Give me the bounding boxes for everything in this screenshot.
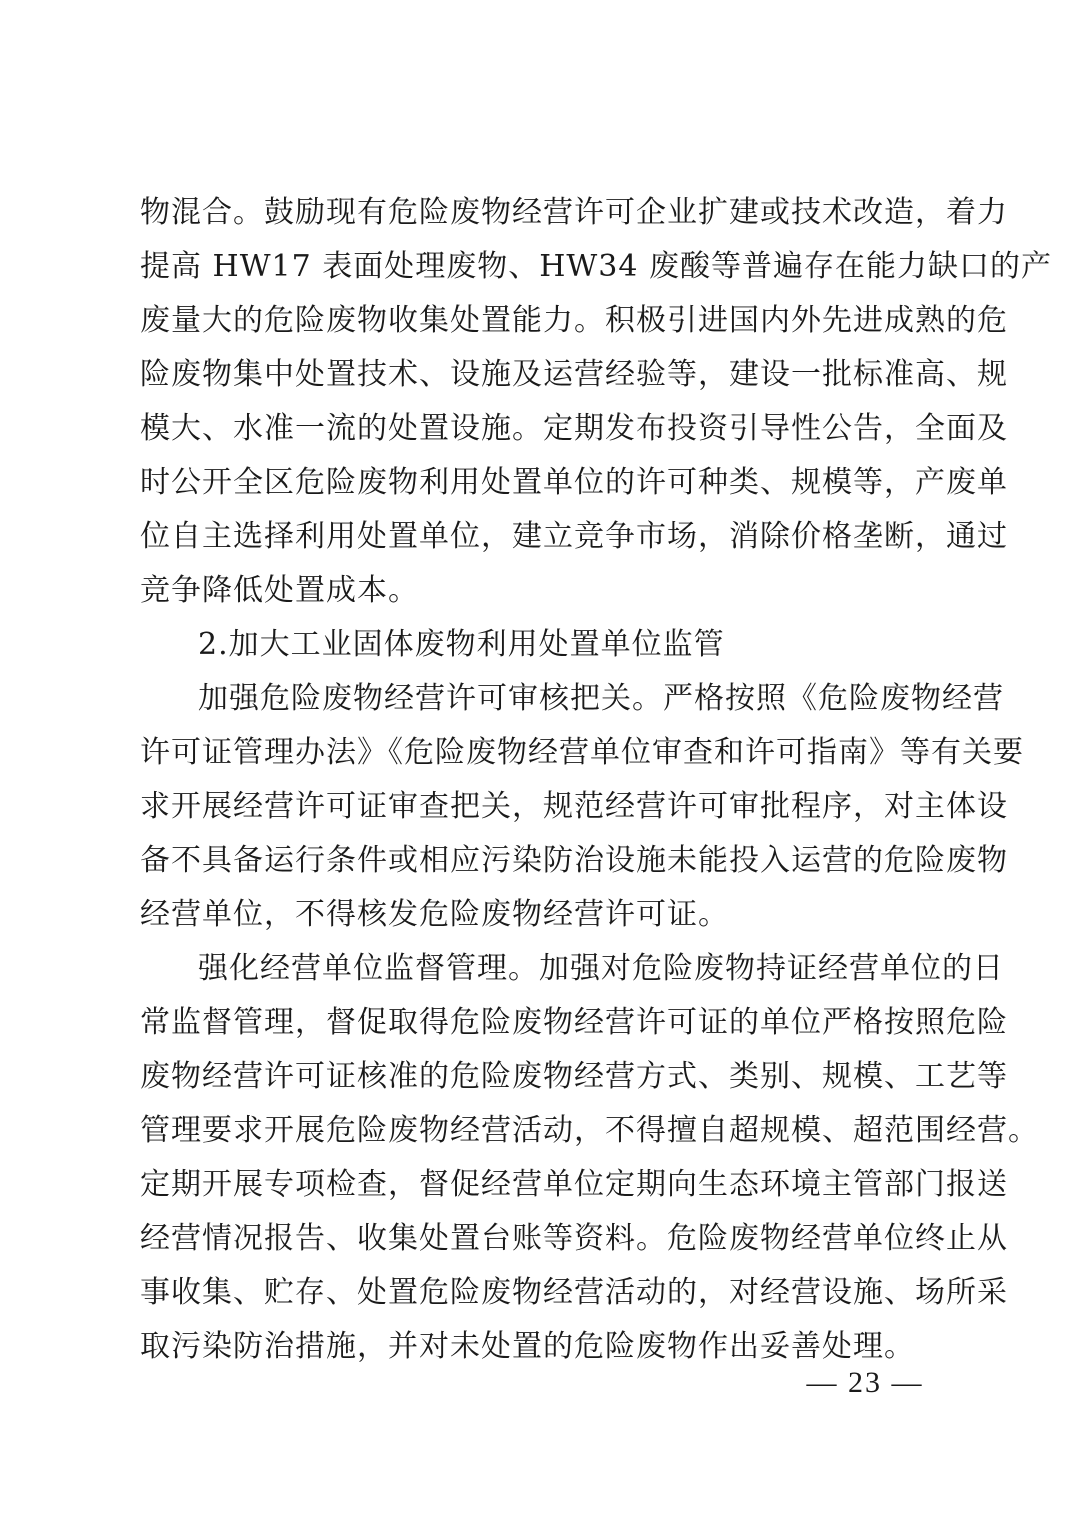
document-page: 物混合。鼓励现有危险废物经营许可企业扩建或技术改造，着力 提高 HW17 表面处… <box>0 0 1074 1520</box>
text-line: 废量大的危险废物收集处置能力。积极引进国内外先进成熟的危 <box>140 294 940 348</box>
text-line: 时公开全区危险废物利用处置单位的许可种类、规模等，产废单 <box>140 456 940 510</box>
text-line: 强化经营单位监督管理。加强对危险废物持证经营单位的日 <box>140 942 940 996</box>
text-line: 备不具备运行条件或相应污染防治设施未能投入运营的危险废物 <box>140 834 940 888</box>
text-line: 求开展经营许可证审查把关，规范经营许可审批程序，对主体设 <box>140 780 940 834</box>
text-line: 事收集、贮存、处置危险废物经营活动的，对经营设施、场所采 <box>140 1266 940 1320</box>
paragraph-continuation: 物混合。鼓励现有危险废物经营许可企业扩建或技术改造，着力 提高 HW17 表面处… <box>140 186 940 618</box>
text-line: 管理要求开展危险废物经营活动，不得擅自超规模、超范围经营。 <box>140 1104 940 1158</box>
text-line: 许可证管理办法》《危险废物经营单位审查和许可指南》等有关要 <box>140 726 940 780</box>
text-line: 废物经营许可证核准的危险废物经营方式、类别、规模、工艺等 <box>140 1050 940 1104</box>
text-line: 经营单位，不得核发危险废物经营许可证。 <box>140 888 940 942</box>
section-heading: 2.加大工业固体废物利用处置单位监管 <box>140 618 940 672</box>
text-line: 竞争降低处置成本。 <box>140 564 940 618</box>
document-body: 物混合。鼓励现有危险废物经营许可企业扩建或技术改造，着力 提高 HW17 表面处… <box>140 186 940 1374</box>
text-line: 险废物集中处置技术、设施及运营经验等，建设一批标准高、规 <box>140 348 940 402</box>
text-line: 加强危险废物经营许可审核把关。严格按照《危险废物经营 <box>140 672 940 726</box>
text-line: 物混合。鼓励现有危险废物经营许可企业扩建或技术改造，着力 <box>140 186 940 240</box>
text-line: 位自主选择利用处置单位，建立竞争市场，消除价格垄断，通过 <box>140 510 940 564</box>
text-line: 定期开展专项检查，督促经营单位定期向生态环境主管部门报送 <box>140 1158 940 1212</box>
text-line: 模大、水准一流的处置设施。定期发布投资引导性公告，全面及 <box>140 402 940 456</box>
text-line: 提高 HW17 表面处理废物、HW34 废酸等普遍存在能力缺口的产 <box>140 240 940 294</box>
paragraph-license-review: 加强危险废物经营许可审核把关。严格按照《危险废物经营 许可证管理办法》《危险废物… <box>140 672 940 942</box>
text-line: 常监督管理，督促取得危险废物经营许可证的单位严格按照危险 <box>140 996 940 1050</box>
paragraph-supervision: 强化经营单位监督管理。加强对危险废物持证经营单位的日 常监督管理，督促取得危险废… <box>140 942 940 1374</box>
text-line: 经营情况报告、收集处置台账等资料。危险废物经营单位终止从 <box>140 1212 940 1266</box>
page-number: — 23 — <box>800 1366 930 1400</box>
